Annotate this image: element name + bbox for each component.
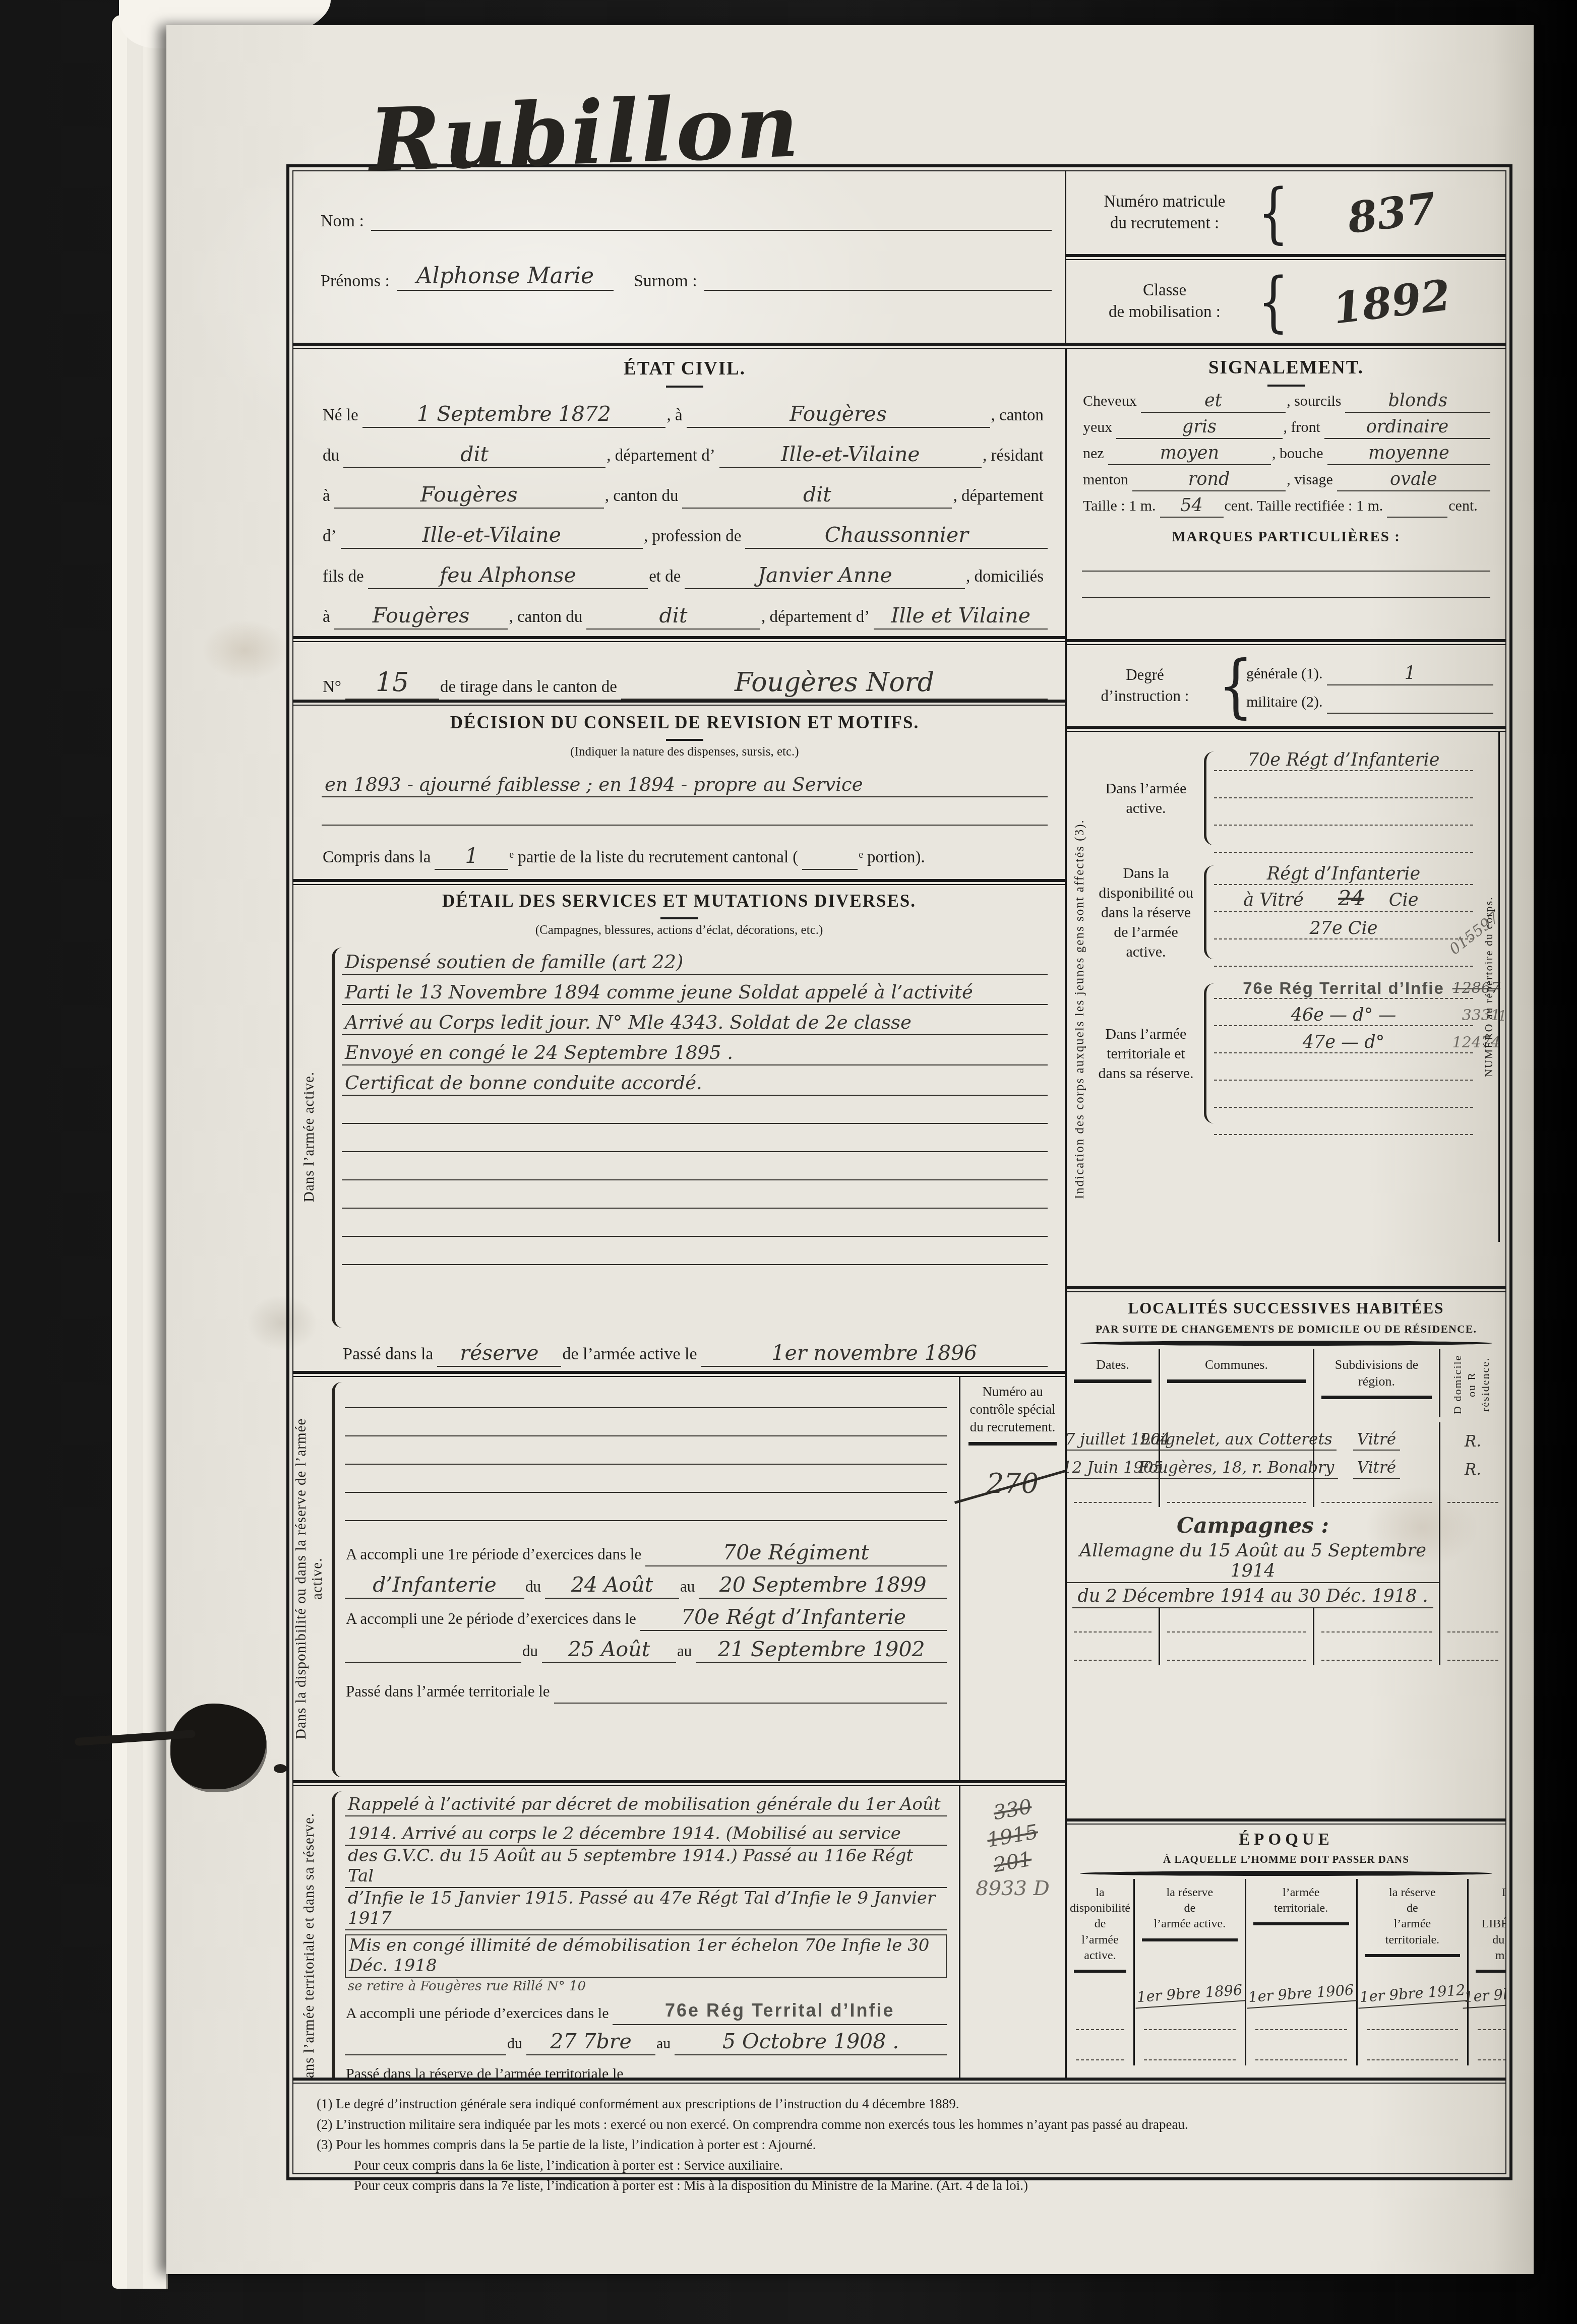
fnote: (1) Le degré d’instruction générale sera… [317, 2094, 1482, 2114]
footnotes: (1) Le degré d’instruction générale sera… [293, 2084, 1505, 2196]
group-brace [1204, 865, 1214, 959]
compris-row: Compris dans la1ᵉ partie de la liste du … [322, 826, 1048, 870]
hline: Dispensé soutien de famille (art 22) [342, 945, 1048, 975]
segment-h: ovale [1337, 469, 1490, 491]
segment-p: au [679, 1578, 699, 1599]
segment-h: Fougères [687, 402, 990, 428]
group-brace [1204, 983, 1214, 1124]
nom-row: Nom : [321, 212, 1052, 231]
brace-icon: { [1258, 263, 1283, 339]
etat-row: Né le1 Septembre 1872, àFougères, canton [322, 388, 1048, 428]
paper-stain [202, 620, 287, 680]
localites-section: LOCALITÉS SUCCESSIVES HABITÉES PAR SUITE… [1067, 1292, 1505, 1818]
controle-subcolumn: Numéro au contrôle spécial du recrutemen… [959, 1377, 1065, 1780]
segment-p: cent. Taille rectifiée : 1 m. [1224, 497, 1387, 518]
controle-header: Numéro au contrôle spécial du recrutemen… [965, 1383, 1060, 1446]
generale-label: générale (1). [1245, 665, 1327, 685]
demobilisation-entry: Mis en congé illimité de démobilisation … [345, 1934, 947, 1978]
blank-row [1159, 1479, 1313, 1507]
localites-dr: R. [1439, 1451, 1505, 1479]
form-border: Rubillon Nom : Prénoms : Alphonse Marie … [292, 170, 1506, 2174]
blank-row [1067, 1608, 1159, 1637]
header-rule [293, 343, 1505, 349]
segment-p: Né le [322, 406, 362, 428]
book-page-stack-edge [112, 15, 129, 2289]
blank-line [345, 1465, 947, 1493]
signalement-section: SIGNALEMENT. Cheveuxet, sourcilsblonds y… [1067, 349, 1505, 639]
header-identity: Rubillon Nom : Prénoms : Alphonse Marie … [293, 171, 1065, 343]
segment-h: feu Alphonse [368, 563, 648, 589]
commune-value: Fougères, 18, r. Bonabry [1135, 1459, 1339, 1479]
etat-row: àFougères, canton dudit, département d’I… [322, 589, 1048, 630]
instruction-militaire-row: militaire (2). [1245, 685, 1493, 714]
segment-p: A accompli une 1re période d’exercices d… [345, 1545, 645, 1566]
margin-label-armee-active: Dans l’armée active. [301, 943, 317, 1331]
blank-row [1133, 2005, 1245, 2035]
divider [293, 1371, 1065, 1377]
dr-vertical-label: D domicile ou R résidence. [1450, 1352, 1495, 1417]
prenoms-row: Prénoms : Alphonse Marie Surnom : [321, 263, 1052, 291]
numero-repertoire-label: NUMÉRO au répertoire du corps. [1482, 732, 1500, 1242]
service-lines: Dispensé soutien de famille (art 22)Part… [342, 943, 1048, 1331]
segment-h: et [1141, 391, 1286, 413]
segment-p: menton [1082, 471, 1132, 491]
margin-label-territoriale: Dans l’armée territoriale et dans sa rés… [301, 1796, 317, 2078]
taille-row: Taille : 1 m.54cent. Taille rectifiée : … [1082, 491, 1490, 518]
instruction-section: Degré d’instruction : { générale (1). 1 … [1067, 645, 1505, 726]
divider [293, 879, 1065, 885]
segment-p: ᵉ portion). [858, 848, 929, 870]
segment-h: à Vitré [1214, 890, 1333, 911]
service-entries: Dispensé soutien de famille (art 22)Part… [342, 945, 1048, 1096]
blank-row [1313, 1479, 1439, 1507]
segment-p: , sourcils [1286, 393, 1345, 413]
epoque-value: 1er 9bre 1896 [1133, 1970, 1245, 2005]
matricule-form: Rubillon Nom : Prénoms : Alphonse Marie … [286, 164, 1512, 2180]
segment-p: et de [648, 568, 685, 589]
corps-side-label: Indication des corps auxquels les jeunes… [1073, 732, 1087, 1286]
decision-title: DÉCISION DU CONSEIL DE REVISION ET MOTIF… [322, 713, 1048, 741]
nom-underline [371, 221, 1052, 231]
segment-h: ordinaire [1324, 417, 1490, 439]
segment-h: 1 Septembre 1872 [362, 402, 666, 428]
segment-b [345, 1654, 521, 1663]
blank-line [342, 1124, 1048, 1152]
book-page-stack-edge [127, 15, 145, 2289]
localites-subdiv: Vitré [1313, 1422, 1439, 1451]
segment-p: , profession de [643, 527, 745, 549]
passe-reserve-row: Passé dans laréservede l’armée active le… [293, 1331, 1065, 1367]
bracket-ornament [1080, 1871, 1492, 1876]
margin-brace [332, 948, 342, 1328]
form-header: Rubillon Nom : Prénoms : Alphonse Marie … [293, 171, 1505, 343]
epoque-section: ÉPOQUE À LAQUELLE L’HOMME DOIT PASSER DA… [1067, 1825, 1505, 2078]
segment-hs: 24 [1333, 886, 1369, 911]
signalement-row: nezmoyen, bouchemoyenne [1082, 439, 1490, 465]
instruction-fields: générale (1). 1 militaire (2). [1245, 657, 1493, 714]
dr-value: R. [1465, 1432, 1481, 1451]
segment-b [554, 1694, 947, 1704]
blank-line [342, 1096, 1048, 1124]
blank-line [322, 797, 1048, 826]
hline: Rappelé à l’activité par décret de mobil… [345, 1787, 947, 1816]
etat-civil-title: ÉTAT CIVIL. [322, 358, 1048, 388]
blank-row [1467, 2005, 1505, 2035]
book-page-stack-edge [143, 15, 168, 2289]
blank-row [1313, 1608, 1439, 1637]
fnote: (3) Pour les hommes compris dans la 5e p… [317, 2134, 1482, 2155]
margin-label-disponibilite: Dans la disponibilité ou dans la réserve… [293, 1397, 325, 1760]
segment-p: , visage [1286, 471, 1337, 491]
margin-brace [332, 1382, 342, 1777]
dr-column-spacer [1439, 1507, 1505, 1608]
blank-row [1439, 1479, 1505, 1507]
surnom-label: Surnom : [614, 272, 704, 291]
header-numbers: Numéro matricule du recrutement : { 837 … [1065, 171, 1505, 343]
form-body: ÉTAT CIVIL. Né le1 Septembre 1872, àFoug… [293, 349, 1505, 2078]
blank-row [1356, 2035, 1468, 2065]
marques-label: MARQUES PARTICULIÈRES : [1082, 529, 1490, 545]
militaire-blank [1327, 705, 1493, 714]
passe-territoriale-row: Passé dans l’armée territoriale le [345, 1671, 947, 1704]
segment-h: 54 [1160, 495, 1224, 518]
blank-row [1245, 2035, 1356, 2065]
segment-p: Cheveux [1082, 393, 1141, 413]
divider [293, 1780, 1065, 1786]
hline: Arrivé au Corps ledit jour. N° Mle 4343.… [342, 1005, 1048, 1035]
segment-p: , département d’ [605, 447, 719, 468]
segment-p: , bouche [1271, 445, 1327, 465]
services-subtitle: (Campagnes, blessures, actions d’éclat, … [293, 923, 1065, 937]
classe-label: Classe de mobilisation : [1071, 280, 1258, 323]
blank-line [342, 1180, 1048, 1209]
register-sheet: Rubillon Nom : Prénoms : Alphonse Marie … [166, 25, 1534, 2274]
territoriale-content: Rappelé à l’activité par décret de mobil… [342, 1786, 959, 2078]
registry-number: 8933 D [964, 1877, 1061, 1900]
corps-line-blank [1214, 771, 1473, 798]
segment-h: Ille-et-Vilaine [341, 523, 643, 549]
segment-h: Ille-et-Vilaine [719, 442, 982, 468]
etat-row: dudit, département d’Ille-et-Vilaine, ré… [322, 428, 1048, 468]
segment-h: Fougères [334, 603, 508, 630]
corps-active-value: 70e Régt d’Infanterie [1248, 750, 1440, 770]
corps-terr-47: 47e — d° [1303, 1032, 1384, 1052]
nom-label: Nom : [321, 212, 371, 231]
periode1-row2: d’Infanteriedu24 Aoûtau20 Septembre 1899 [345, 1566, 947, 1599]
segment-p: d’ [322, 527, 341, 549]
disponibilite-content: A accompli une 1re période d’exercices d… [342, 1377, 959, 1780]
segment-h: gris [1116, 417, 1282, 439]
column-header-dates: Dates. [1067, 1349, 1159, 1422]
blank-row [1067, 2005, 1133, 2035]
corps-dispo-regiment: Régt d’Infanterie [1267, 864, 1420, 884]
scanned-register-page: Rubillon Nom : Prénoms : Alphonse Marie … [0, 0, 1577, 2324]
corps-dispo-compagnie: 27e Cie [1309, 918, 1377, 938]
blank-row [1439, 1608, 1505, 1637]
hline: Certificat de bonne conduite accordé. [342, 1065, 1048, 1096]
column-header-communes: Communes. [1159, 1349, 1313, 1422]
instruction-generale-row: générale (1). 1 [1245, 657, 1493, 685]
segment-h: dit [343, 442, 605, 468]
segment-p: Taille : 1 m. [1082, 497, 1160, 518]
corps-line-blank [1214, 939, 1473, 967]
services-title: DÉTAIL DES SERVICES ET MUTATIONS DIVERSE… [293, 891, 1065, 919]
blank-line [1082, 545, 1490, 572]
blank-row [1313, 1637, 1439, 1665]
segment-h: 70e Régt d’Infanterie [640, 1605, 947, 1631]
segment-p: nez [1082, 445, 1108, 465]
segment-p: Compris dans la [322, 848, 435, 870]
blank-line [345, 1493, 947, 1521]
corps-line-blank [1214, 1081, 1473, 1108]
etat-row: fils defeu Alphonseet deJanvier Anne, do… [322, 549, 1048, 589]
segment-p: au [676, 1642, 696, 1663]
hline: Parti le 13 Novembre 1894 comme jeune So… [342, 975, 1048, 1005]
corps-line-blank [1214, 1108, 1473, 1135]
prenoms-label: Prénoms : [321, 272, 397, 291]
generale-value: 1 [1327, 663, 1493, 685]
hline: 1914. Arrivé au corps le 2 décembre 1914… [345, 1816, 947, 1846]
surnom-underline [704, 281, 1052, 291]
segment-p: Passé dans la réserve de l’armée territo… [345, 2065, 628, 2078]
divider [1067, 1818, 1505, 1825]
campagnes-block: Campagnes : Allemagne du 15 Août au 5 Se… [1067, 1507, 1439, 1608]
blank-row [1159, 1637, 1313, 1665]
surname-handwritten: Rubillon [368, 74, 803, 192]
fnote: (2) L’instruction militaire sera indiqué… [317, 2114, 1482, 2135]
corps-line-blank [1214, 826, 1473, 853]
localites-commune: Fougères, 18, r. Bonabry [1159, 1451, 1313, 1479]
etat-civil-section: ÉTAT CIVIL. Né le1 Septembre 1872, àFoug… [293, 349, 1065, 636]
corps-line: 70e Régt d’Infanterie [1214, 744, 1473, 771]
corps-group-disponibilite: Dans la disponibilité ou dans la réserve… [1093, 858, 1476, 967]
segment-h: dit [682, 482, 952, 509]
corps-line: 76e Rég Territal d’Infie 12867 [1214, 972, 1473, 999]
fnote: Pour ceux compris dans la 7e liste, l’in… [317, 2175, 1482, 2196]
matricule-value: 837 [1281, 175, 1503, 251]
epoque-subtitle: À LAQUELLE L’HOMME DOIT PASSER DANS [1067, 1853, 1505, 1866]
segment-st: 76e Rég Territal d’Infie [613, 2000, 947, 2025]
localites-title: LOCALITÉS SUCCESSIVES HABITÉES [1067, 1299, 1505, 1317]
divider [1067, 1286, 1505, 1292]
active-army-block: Dans l’armée active. Dispensé soutien de… [293, 943, 1065, 1331]
segment-p: , département [952, 487, 1048, 509]
corps-line-blank [1214, 798, 1473, 826]
decision-entry: en 1893 - ajourné faiblesse ; en 1894 - … [322, 767, 1048, 797]
epoque-col-date: DATE de la LIBÉRATION du service militai… [1467, 1879, 1505, 1970]
blank-row [1356, 2005, 1468, 2035]
localites-dr: R. [1439, 1422, 1505, 1451]
hline: des G.V.C. du 15 Août au 5 septembre 191… [345, 1846, 947, 1888]
segment-p: , canton du [604, 487, 683, 509]
campagne-line: du 2 Décembre 1914 au 30 Déc. 1918 . [1072, 1583, 1433, 1608]
group-label: Dans la disponibilité ou dans la réserve… [1093, 863, 1199, 962]
signalement-row: yeuxgris, frontordinaire [1082, 413, 1490, 439]
margin-brace [332, 1791, 342, 2078]
hline: d’Infie le 15 Janvier 1915. Passé au 47e… [345, 1888, 947, 1930]
corps-line: Régt d’Infanterie [1214, 858, 1473, 885]
epoque-col-4: la réserve de l’armée territoriale. [1356, 1879, 1468, 1970]
segment-p: , département d’ [760, 608, 874, 630]
disponibilite-section: Dans la disponibilité ou dans la réserve… [293, 1377, 1065, 1780]
matricule-label: Numéro matricule du recrutement : [1071, 191, 1258, 234]
left-column: ÉTAT CIVIL. Né le1 Septembre 1872, àFoug… [293, 349, 1065, 2078]
segment-p: du [521, 1642, 542, 1663]
commune-value: Laignelet, aux Cotterets [1136, 1430, 1337, 1451]
territoriale-numbers-subcolumn: 330 1915 201 8933 D [959, 1786, 1065, 2078]
segment-p: cent. [1447, 497, 1481, 518]
matricule-box: Numéro matricule du recrutement : { 837 [1066, 171, 1505, 254]
segment-p: N° [322, 678, 345, 700]
passe-reserve-fields: Passé dans laréservede l’armée active le… [342, 1332, 1048, 1367]
divider [293, 636, 1065, 642]
group-label: Dans l’armée territoriale et dans sa rés… [1093, 1024, 1199, 1083]
campagne-line: Allemagne du 15 Août au 5 Septembre 1914 [1067, 1538, 1439, 1583]
epoque-col-1: la disponibilité de l’armée active. [1067, 1879, 1133, 1970]
segment-h: Ille et Vilaine [874, 603, 1048, 630]
segment-h: moyen [1108, 443, 1271, 465]
blank-row [1439, 1637, 1505, 1665]
regiment-stamp: 76e Rég Territal d’Infie [1243, 979, 1444, 998]
localites-subtitle: PAR SUITE DE CHANGEMENTS DE DOMICILE OU … [1067, 1323, 1505, 1336]
brace-icon: { [1218, 645, 1245, 726]
divider [1067, 639, 1505, 645]
brace-icon: { [1258, 174, 1283, 250]
column-header-subdivisions: Subdivisions de région. [1313, 1349, 1439, 1422]
segment-p: Passé dans la [342, 1345, 437, 1367]
subdiv-value: Vitré [1353, 1430, 1400, 1451]
segment-h: d’Infanterie [345, 1573, 524, 1599]
periode1-row1: A accompli une 1re période d’exercices d… [345, 1534, 947, 1566]
corps-group-territoriale: Dans l’armée territoriale et dans sa rés… [1093, 972, 1476, 1135]
divider [293, 700, 1065, 706]
bracket-ornament [1080, 1341, 1492, 1346]
blank-row [1159, 1608, 1313, 1637]
segment-p: du [506, 2035, 526, 2055]
ink-blot [170, 1704, 266, 1789]
corps-section: Indication des corps auxquels les jeunes… [1067, 732, 1505, 1286]
segment-h: 27 7bre [526, 2029, 655, 2055]
tirage-section: N°15de tirage dans le canton deFougères … [293, 642, 1065, 700]
blank-line [345, 1380, 947, 1408]
blank-row [1467, 2035, 1505, 2065]
segment-p: , front [1283, 419, 1324, 439]
segment-p: , résidant [982, 447, 1048, 468]
group-lines: 70e Régt d’Infanterie [1214, 744, 1476, 853]
etat-row: d’Ille-et-Vilaine, profession deChausson… [322, 509, 1048, 549]
segment-p: au [655, 2035, 675, 2055]
segment-p: du [524, 1578, 545, 1599]
segment-p: ᵉ partie de la liste du recrutement cant… [508, 848, 802, 870]
segment-h: 20 Septembre 1899 [699, 1573, 947, 1599]
divider [1067, 726, 1505, 732]
segment-h: 21 Septembre 1902 [696, 1637, 947, 1663]
segment-p: de tirage dans le canton de [439, 678, 621, 700]
segment-h: blonds [1345, 391, 1490, 413]
localites-table: Dates. Communes. Subdivisions de région.… [1067, 1349, 1505, 1818]
periode-territoriale-row1: A accompli une période d’exercices dans … [345, 1995, 947, 2025]
epoque-table: la disponibilité de l’armée active. la r… [1067, 1879, 1505, 2078]
periode-territoriale-row2: du27 7breau5 Octobre 1908 . [345, 2025, 947, 2055]
segment-p: Passé dans l’armée territoriale le [345, 1682, 554, 1704]
corps-line-blank [1214, 1053, 1473, 1081]
segment-p: à [322, 608, 334, 630]
segment-p: A accompli une période d’exercices dans … [345, 2005, 613, 2025]
localites-commune: Laignelet, aux Cotterets [1159, 1422, 1313, 1451]
services-section: DÉTAIL DES SERVICES ET MUTATIONS DIVERSE… [293, 885, 1065, 1371]
campagnes-heading: Campagnes : [1067, 1513, 1439, 1538]
militaire-label: militaire (2). [1245, 694, 1327, 714]
retire-note: se retire à Fougères rue Rillé N° 10 [345, 1978, 947, 1995]
segment-h: 24 Août [545, 1573, 679, 1599]
blank-line [345, 1408, 947, 1436]
corps-line: 46e — d° — 3331 15-1 [1214, 999, 1473, 1026]
territoriale-entries: Rappelé à l’activité par décret de mobil… [345, 1787, 947, 1930]
signalement-title: SIGNALEMENT. [1082, 357, 1490, 387]
segment-h: dit [586, 603, 760, 630]
decision-section: DÉCISION DU CONSEIL DE REVISION ET MOTIF… [293, 706, 1065, 879]
territoriale-section: Dans l’armée territoriale et dans sa rés… [293, 1786, 1065, 2078]
segment-h: rond [1132, 469, 1286, 491]
divider [1066, 254, 1505, 260]
epoque-value [1067, 1970, 1133, 2005]
blank-line [342, 1237, 1048, 1265]
dr-value: R. [1465, 1461, 1481, 1479]
blank-line [1082, 572, 1490, 598]
segment-p: A accompli une 2e période d’exercices da… [345, 1610, 640, 1631]
segment-p: du [322, 447, 343, 468]
group-lines: Régt d’Infanterie à Vitré24Cie 27e Cie 0… [1214, 858, 1476, 967]
subdiv-value: Vitré [1353, 1459, 1400, 1479]
segment-b [802, 861, 858, 870]
passe-reserve-territoriale-row: Passé dans la réserve de l’armée territo… [345, 2055, 947, 2078]
blank-line [345, 1436, 947, 1465]
right-column: SIGNALEMENT. Cheveuxet, sourcilsblonds y… [1065, 349, 1505, 2078]
blank-row [1245, 2005, 1356, 2035]
footnotes-rule [293, 2078, 1505, 2084]
segment-h: moyenne [1327, 443, 1490, 465]
etat-row: àFougères, canton dudit, département [322, 468, 1048, 509]
corps-line: 27e Cie 015597 [1214, 912, 1473, 939]
segment-h: Fougères Nord [621, 667, 1048, 700]
segment-b [1387, 509, 1447, 518]
segment-p: , domiciliés [965, 568, 1048, 589]
blank-line [342, 1209, 1048, 1237]
segment-h: 25 Août [542, 1637, 676, 1663]
segment-h: Janvier Anne [685, 563, 965, 589]
group-label: Dans l’armée active. [1093, 779, 1199, 818]
segment-p: de l’armée active le [561, 1345, 701, 1367]
segment-h: Chaussonnier [745, 523, 1048, 549]
corps-line: 47e — d° 12474 9.1 [1214, 1026, 1473, 1053]
ink-dot [274, 1764, 287, 1773]
segment-b [345, 2046, 506, 2055]
decision-subtitle: (Indiquer la nature des dispenses, sursi… [322, 745, 1048, 759]
segment-h: 70e Régiment [645, 1540, 947, 1566]
blank-row [1067, 2035, 1133, 2065]
prenoms-value: Alphonse Marie [397, 263, 614, 291]
corps-main: Dans l’armée active. 70e Régt d’Infanter… [1093, 732, 1476, 1286]
segment-h: 15 [345, 667, 439, 700]
signalement-row: mentonrond, visageovale [1082, 465, 1490, 491]
corps-terr-46: 46e — d° — [1291, 1005, 1397, 1025]
localites-subdiv: Vitré [1313, 1451, 1439, 1479]
blank-row [1067, 1637, 1159, 1665]
group-lines: 76e Rég Territal d’Infie 12867 46e — d° … [1214, 972, 1476, 1135]
segment-p: , canton du [508, 608, 586, 630]
periode2-row1: A accompli une 2e période d’exercices da… [345, 1599, 947, 1631]
segment-h: Cie [1369, 890, 1438, 911]
